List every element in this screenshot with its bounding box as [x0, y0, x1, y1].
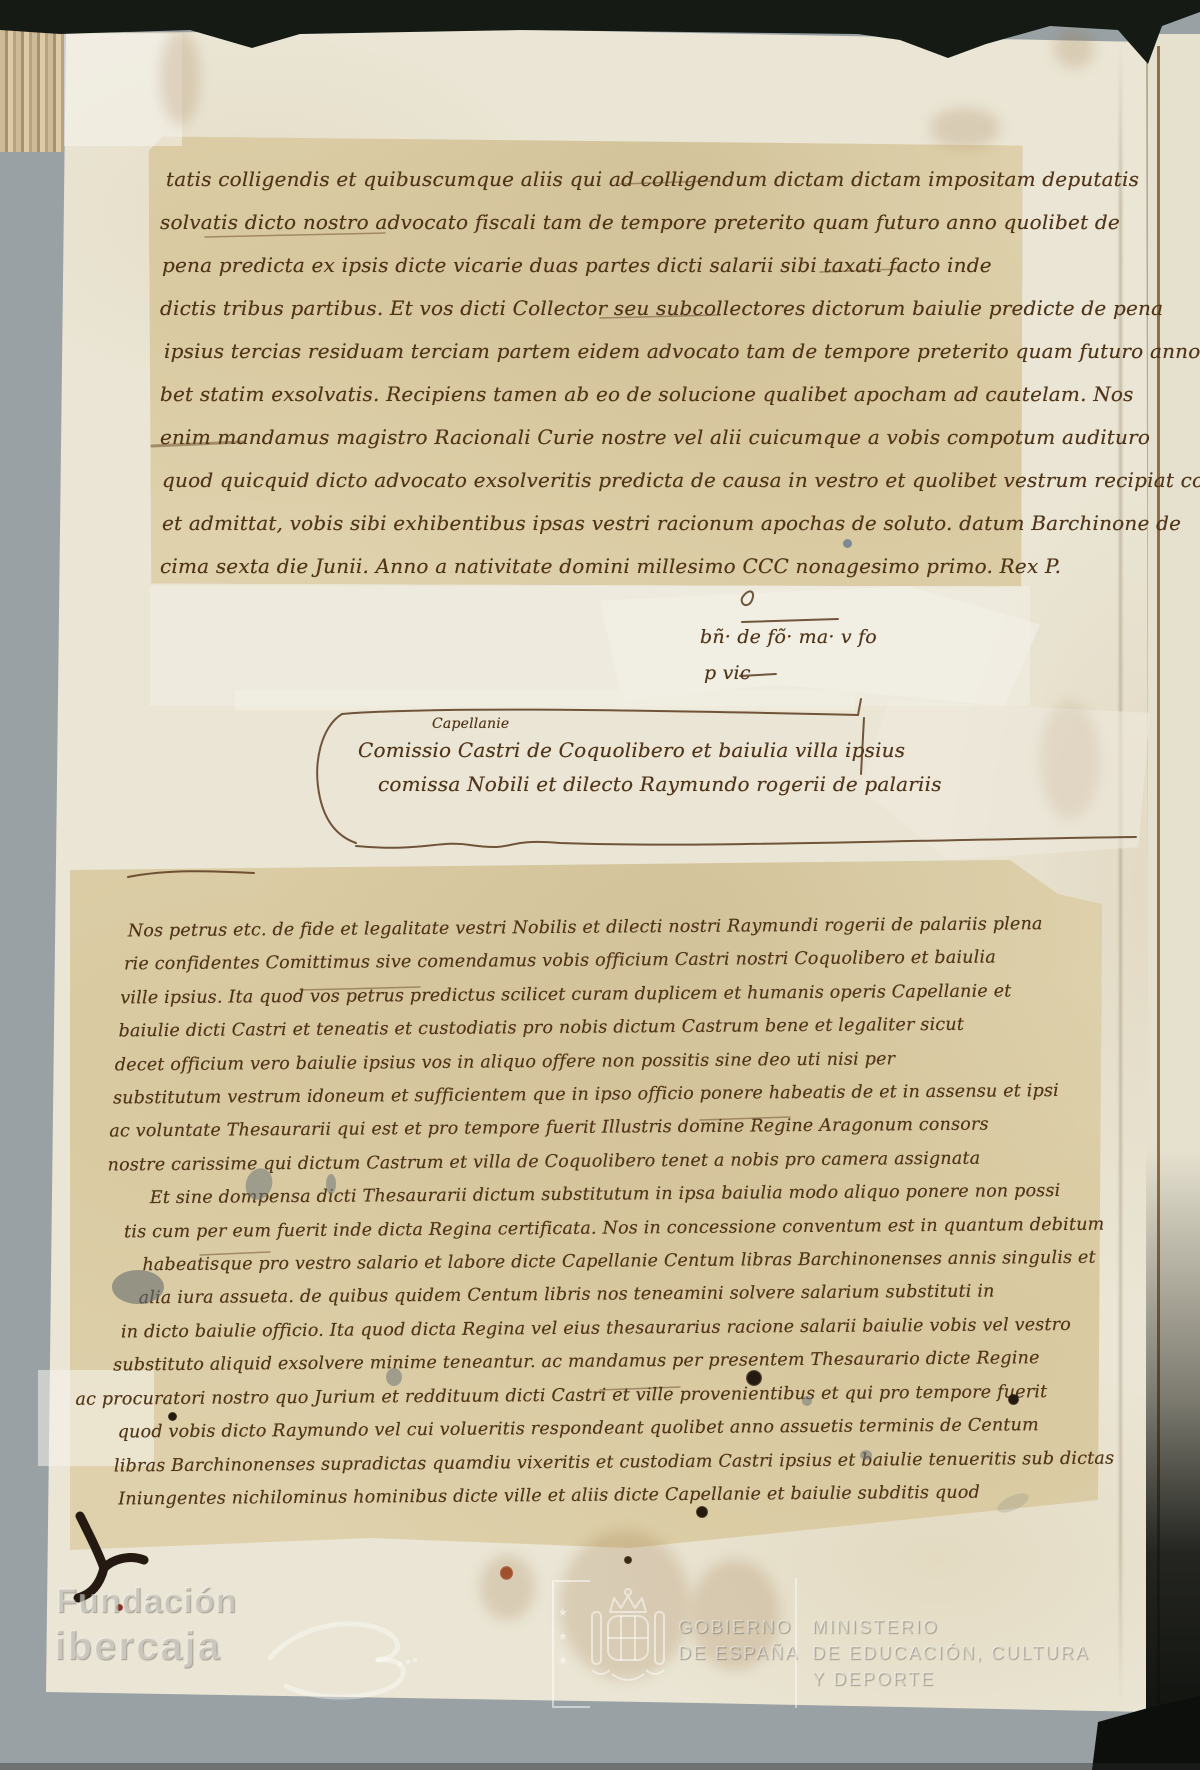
margin-stroke: [128, 871, 254, 877]
watermark-divider: [795, 1578, 797, 1708]
wormhole: [1008, 1394, 1019, 1405]
signature-squiggle: [742, 591, 753, 605]
ibercaja-swirl-logo-icon: [258, 1606, 418, 1706]
stain: [160, 30, 200, 125]
signature-macron-2: [740, 674, 776, 676]
abbreviation-stroke: [200, 1252, 270, 1255]
ministerio-line1: MINISTERIO: [812, 1614, 1090, 1640]
rubric-box-tick: [858, 699, 861, 715]
photo-bottom-edge: [0, 1763, 1200, 1770]
star-icon: ★: [558, 1654, 568, 1667]
ministerio-line3: Y DEPORTE: [812, 1666, 1090, 1692]
wormhole: [168, 1412, 177, 1421]
gobierno-line1: GOBIERNO: [678, 1614, 800, 1640]
rubric-box-left-bracket: [317, 714, 356, 843]
manuscript-photo: tatis colligendis et quibuscumque aliis …: [0, 0, 1200, 1770]
gobierno-watermark: GOBIERNO DE ESPAÑA: [678, 1614, 800, 1666]
gobierno-line2: DE ESPAÑA: [678, 1640, 800, 1666]
signature-macron: [742, 619, 838, 622]
ministerio-watermark: MINISTERIO DE EDUCACIÓN, CULTURA Y DEPOR…: [812, 1614, 1090, 1692]
abbreviation-stroke: [600, 315, 720, 318]
grey-smudge: [112, 1270, 164, 1304]
stain: [1040, 700, 1100, 820]
stain: [1054, 28, 1094, 68]
stars-bracket-icon: [552, 1580, 590, 1708]
stain: [930, 108, 1000, 148]
star-icon: ★: [558, 1630, 568, 1643]
facing-page-shadow: [1146, 1150, 1200, 1770]
ministerio-line2: DE EDUCACIÓN, CULTURA: [812, 1640, 1090, 1666]
abbreviation-stroke: [300, 987, 420, 990]
rubric-flourish-line: [356, 837, 1136, 848]
grey-smudge: [802, 1396, 812, 1406]
stain: [480, 1555, 535, 1620]
abbreviation-stroke: [205, 233, 385, 237]
star-icon: ★: [558, 1606, 568, 1619]
wormhole: [696, 1506, 708, 1518]
grey-smudge: [860, 1450, 872, 1460]
rubric-box-right-stroke: [861, 718, 864, 774]
grey-smudge: [843, 539, 852, 548]
wormhole: [746, 1370, 762, 1386]
abbreviation-stroke: [620, 181, 710, 184]
abbreviation-stroke: [700, 1117, 790, 1120]
abbreviation-stroke: [820, 269, 900, 272]
ibercaja-watermark-line1: Fundación: [56, 1582, 237, 1621]
abbreviation-stroke: [600, 1387, 680, 1390]
ibercaja-watermark-line2: ibercaja: [54, 1624, 221, 1669]
spain-coat-of-arms-icon: [590, 1586, 666, 1702]
rubric-box-top-line: [342, 710, 858, 715]
grey-smudge: [326, 1174, 336, 1194]
abbreviation-stroke: [152, 442, 242, 446]
grey-smudge: [386, 1368, 402, 1386]
